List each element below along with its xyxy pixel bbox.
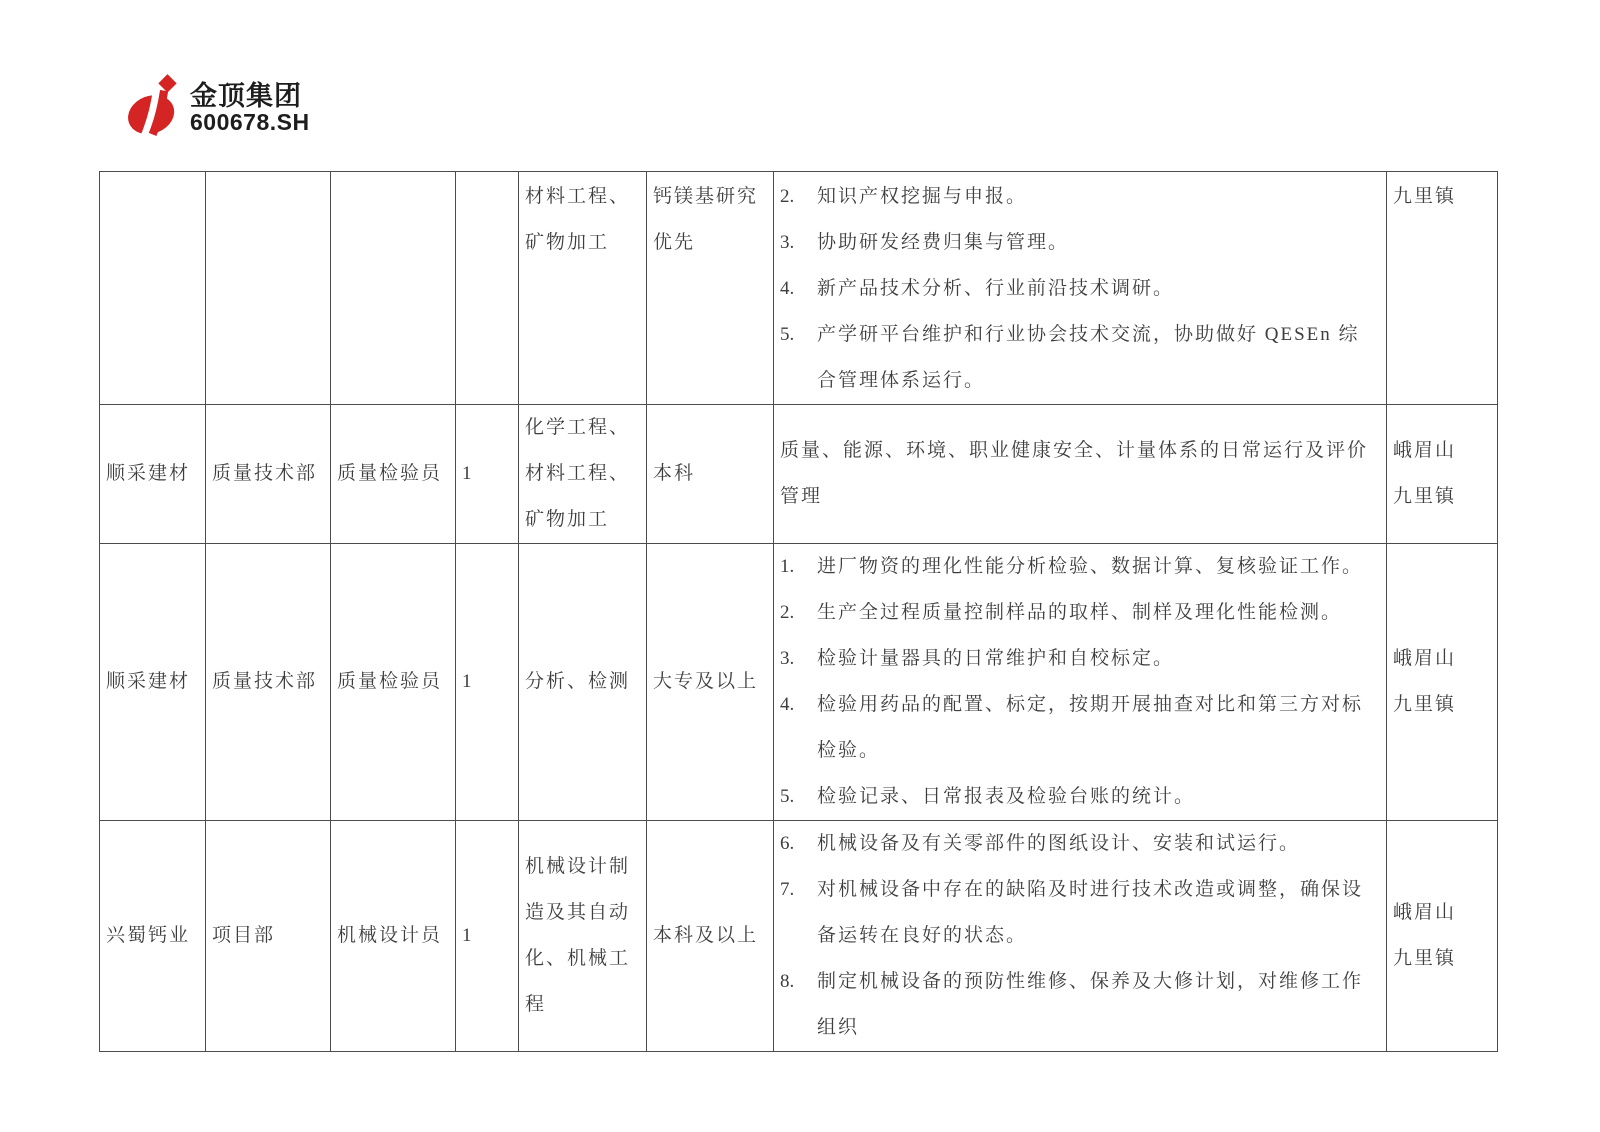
duty-text: 协助研发经费归集与管理。 [817, 220, 1380, 266]
document-page: 金顶集团 600678.SH 材料工程、 矿物加工 钙镁基研究 [0, 0, 1600, 1132]
cell-headcount [456, 172, 519, 405]
duty-text: 知识产权挖掘与申报。 [817, 174, 1380, 220]
duty-item: 5. 检验记录、日常报表及检验台账的统计。 [780, 774, 1380, 820]
cell-company [100, 172, 206, 405]
duty-item: 1. 进厂物资的理化性能分析检验、数据计算、复核验证工作。 [780, 544, 1380, 590]
education-line: 钙镁基研究 [653, 174, 767, 220]
duty-item: 2. 生产全过程质量控制样品的取样、制样及理化性能检测。 [780, 590, 1380, 636]
location-line: 九里镇 [1393, 682, 1491, 728]
duty-number: 3. [780, 636, 817, 682]
cell-department: 质量技术部 [206, 544, 331, 821]
cell-department: 项目部 [206, 821, 331, 1052]
major-line: 程 [525, 982, 640, 1028]
duty-text: 进厂物资的理化性能分析检验、数据计算、复核验证工作。 [817, 544, 1380, 590]
stock-code: 600678.SH [190, 110, 310, 135]
duty-number: 3. [780, 220, 817, 266]
cell-major: 分析、检测 [519, 544, 647, 821]
duty-item: 4. 检验用药品的配置、标定，按期开展抽查对比和第三方对标检验。 [780, 682, 1380, 774]
major-line: 化学工程、 [525, 405, 640, 451]
duty-item: 5. 产学研平台维护和行业协会技术交流，协助做好 QESEn 综合管理体系运行。 [780, 312, 1380, 404]
duty-item: 4. 新产品技术分析、行业前沿技术调研。 [780, 266, 1380, 312]
duty-number: 5. [780, 774, 817, 820]
duty-text: 对机械设备中存在的缺陷及时进行技术改造或调整，确保设备运转在良好的状态。 [817, 867, 1380, 959]
cell-company: 兴蜀钙业 [100, 821, 206, 1052]
duty-number: 7. [780, 867, 817, 913]
major-line: 分析、检测 [525, 659, 640, 705]
duty-text: 机械设备及有关零部件的图纸设计、安装和试运行。 [817, 821, 1380, 867]
education-line: 优先 [653, 220, 767, 266]
cell-company: 顺采建材 [100, 544, 206, 821]
cell-headcount: 1 [456, 405, 519, 544]
logo-mark-icon [127, 74, 181, 138]
duty-number: 8. [780, 959, 817, 1005]
duty-text: 检验用药品的配置、标定，按期开展抽查对比和第三方对标检验。 [817, 682, 1380, 774]
duty-text: 检验记录、日常报表及检验台账的统计。 [817, 774, 1380, 820]
cell-position: 质量检验员 [331, 544, 456, 821]
major-line: 矿物加工 [525, 497, 640, 543]
duty-text: 生产全过程质量控制样品的取样、制样及理化性能检测。 [817, 590, 1380, 636]
duty-number: 5. [780, 312, 817, 358]
cell-position: 质量检验员 [331, 405, 456, 544]
cell-company: 顺采建材 [100, 405, 206, 544]
location-line: 九里镇 [1393, 174, 1491, 220]
duty-item: 质量、能源、环境、职业健康安全、计量体系的日常运行及评价管理 [780, 428, 1380, 520]
education-line: 大专及以上 [653, 659, 767, 705]
company-name: 金顶集团 [190, 82, 310, 110]
cell-position: 机械设计员 [331, 821, 456, 1052]
cell-education: 本科 [647, 405, 774, 544]
location-line: 九里镇 [1393, 936, 1491, 982]
cell-position [331, 172, 456, 405]
duty-item: 2. 知识产权挖掘与申报。 [780, 174, 1380, 220]
cell-department [206, 172, 331, 405]
education-line: 本科及以上 [653, 913, 767, 959]
major-line: 机械设计制 [525, 844, 640, 890]
cell-major: 化学工程、 材料工程、 矿物加工 [519, 405, 647, 544]
cell-major: 材料工程、 矿物加工 [519, 172, 647, 405]
cell-major: 机械设计制 造及其自动 化、机械工 程 [519, 821, 647, 1052]
cell-location: 峨眉山 九里镇 [1387, 405, 1498, 544]
logo-text: 金顶集团 600678.SH [190, 74, 310, 135]
company-logo: 金顶集团 600678.SH [127, 74, 310, 138]
major-line: 化、机械工 [525, 936, 640, 982]
cell-duties: 质量、能源、环境、职业健康安全、计量体系的日常运行及评价管理 [774, 405, 1387, 544]
cell-headcount: 1 [456, 544, 519, 821]
location-line: 峨眉山 [1393, 636, 1491, 682]
education-line: 本科 [653, 451, 767, 497]
location-line: 九里镇 [1393, 474, 1491, 520]
duty-number: 2. [780, 174, 817, 220]
cell-duties: 1. 进厂物资的理化性能分析检验、数据计算、复核验证工作。 2. 生产全过程质量… [774, 544, 1387, 821]
duty-text: 检验计量器具的日常维护和自校标定。 [817, 636, 1380, 682]
major-line: 材料工程、 [525, 174, 640, 220]
cell-education: 钙镁基研究 优先 [647, 172, 774, 405]
cell-education: 大专及以上 [647, 544, 774, 821]
major-line: 矿物加工 [525, 220, 640, 266]
duty-item: 3. 协助研发经费归集与管理。 [780, 220, 1380, 266]
major-line: 造及其自动 [525, 890, 640, 936]
location-line: 峨眉山 [1393, 428, 1491, 474]
duty-number: 6. [780, 821, 817, 867]
cell-department: 质量技术部 [206, 405, 331, 544]
cell-location: 峨眉山 九里镇 [1387, 821, 1498, 1052]
cell-location: 峨眉山 九里镇 [1387, 544, 1498, 821]
duty-text: 质量、能源、环境、职业健康安全、计量体系的日常运行及评价管理 [780, 428, 1380, 520]
table-row: 兴蜀钙业 项目部 机械设计员 1 机械设计制 造及其自动 化、机械工 程 本科及… [100, 821, 1498, 1052]
table-row: 顺采建材 质量技术部 质量检验员 1 化学工程、 材料工程、 矿物加工 本科 质… [100, 405, 1498, 544]
duty-text: 制定机械设备的预防性维修、保养及大修计划，对维修工作组织 [817, 959, 1380, 1051]
table-row: 顺采建材 质量技术部 质量检验员 1 分析、检测 大专及以上 1. 进厂物资的理… [100, 544, 1498, 821]
duty-text: 产学研平台维护和行业协会技术交流，协助做好 QESEn 综合管理体系运行。 [817, 312, 1380, 404]
duty-item: 6. 机械设备及有关零部件的图纸设计、安装和试运行。 [780, 821, 1380, 867]
cell-education: 本科及以上 [647, 821, 774, 1052]
cell-duties: 6. 机械设备及有关零部件的图纸设计、安装和试运行。 7. 对机械设备中存在的缺… [774, 821, 1387, 1052]
cell-location: 九里镇 [1387, 172, 1498, 405]
duty-number: 4. [780, 266, 817, 312]
duty-number: 1. [780, 544, 817, 590]
duty-item: 8. 制定机械设备的预防性维修、保养及大修计划，对维修工作组织 [780, 959, 1380, 1051]
duty-text: 新产品技术分析、行业前沿技术调研。 [817, 266, 1380, 312]
recruitment-table: 材料工程、 矿物加工 钙镁基研究 优先 2. 知识产权挖掘与申报。 3. 协助研… [99, 171, 1498, 1052]
cell-headcount: 1 [456, 821, 519, 1052]
duty-number: 4. [780, 682, 817, 728]
duty-item: 7. 对机械设备中存在的缺陷及时进行技术改造或调整，确保设备运转在良好的状态。 [780, 867, 1380, 959]
duty-number: 2. [780, 590, 817, 636]
major-line: 材料工程、 [525, 451, 640, 497]
duty-item: 3. 检验计量器具的日常维护和自校标定。 [780, 636, 1380, 682]
table-row: 材料工程、 矿物加工 钙镁基研究 优先 2. 知识产权挖掘与申报。 3. 协助研… [100, 172, 1498, 405]
cell-duties: 2. 知识产权挖掘与申报。 3. 协助研发经费归集与管理。 4. 新产品技术分析… [774, 172, 1387, 405]
location-line: 峨眉山 [1393, 890, 1491, 936]
